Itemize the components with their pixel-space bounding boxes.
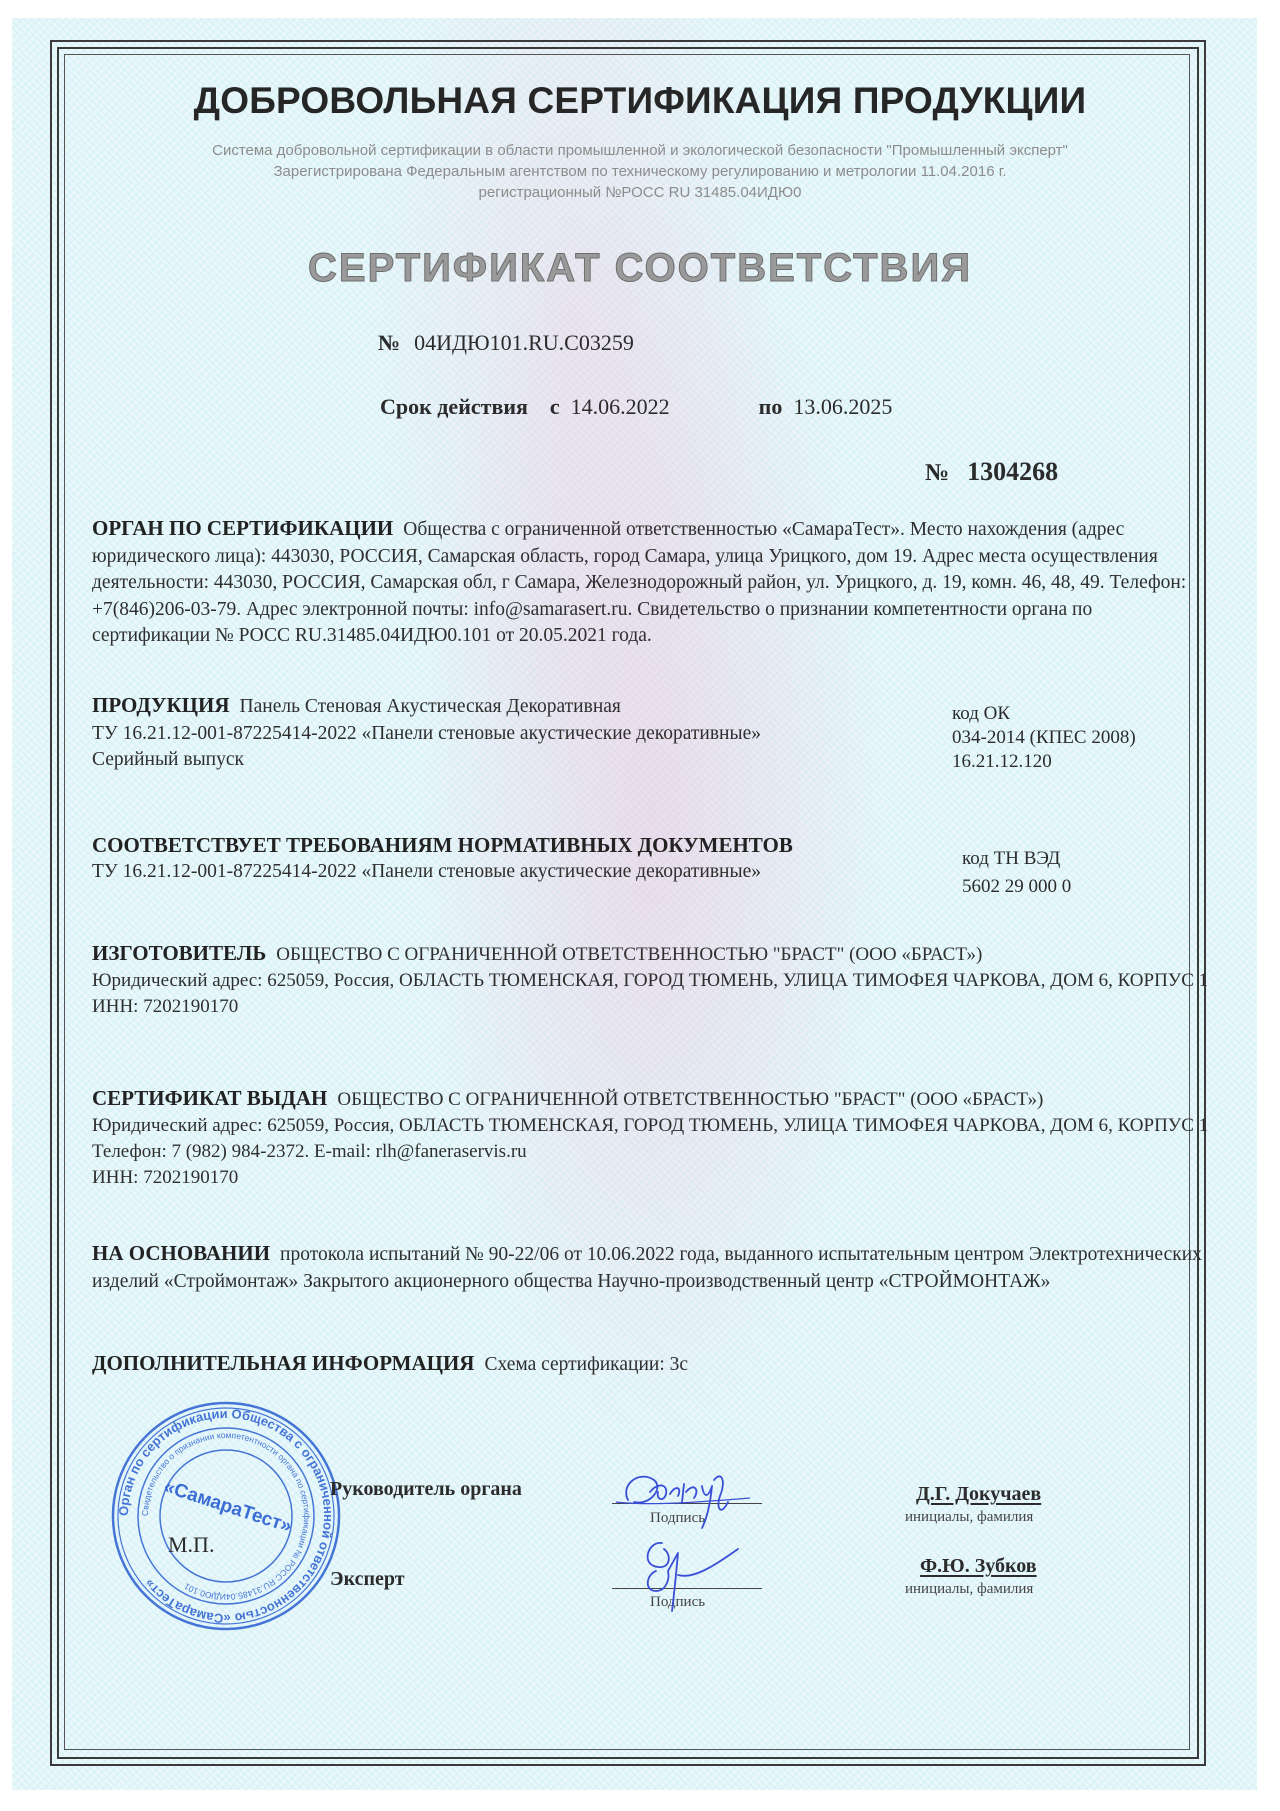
- head-name-caption: инициалы, фамилия: [905, 1509, 1033, 1526]
- blank-number: №1304268: [925, 457, 1058, 487]
- number-label: №: [378, 330, 400, 355]
- blank-number-label: №: [925, 460, 949, 486]
- certification-body-section: ОРГАН ПО СЕРТИФИКАЦИИОбщества с ограниче…: [92, 515, 1202, 650]
- additional-info-text: Схема сертификации: 3с: [484, 1354, 688, 1375]
- valid-from-date: 14.06.2022: [571, 394, 670, 419]
- manufacturer-address: Юридический адрес: 625059, Россия, ОБЛАС…: [92, 968, 1212, 994]
- head-name: Д.Г. Докучаев: [916, 1483, 1041, 1506]
- valid-to-date: 13.06.2025: [793, 394, 892, 419]
- certification-system-title: ДОБРОВОЛЬНАЯ СЕРТИФИКАЦИЯ ПРОДУКЦИИ: [0, 80, 1280, 122]
- valid-from-label: с: [550, 394, 560, 419]
- product-heading: ПРОДУКЦИЯ: [92, 693, 230, 717]
- product-section: ПРОДУКЦИЯПанель Стеновая Акустическая Де…: [92, 692, 952, 774]
- stamp-center-text: «СамараТест»: [161, 1476, 294, 1537]
- product-ok-code: код ОК 034-2014 (КПЕС 2008) 16.21.12.120: [952, 702, 1136, 774]
- expert-name: Ф.Ю. Зубков: [920, 1555, 1037, 1578]
- number-value: 04ИДЮ101.RU.C03259: [414, 330, 634, 355]
- basis-heading: НА ОСНОВАНИИ: [92, 1241, 270, 1265]
- tnved-code-value: 5602 29 000 0: [962, 873, 1071, 901]
- manufacturer-name: ОБЩЕСТВО С ОГРАНИЧЕННОЙ ОТВЕТСТВЕННОСТЬЮ…: [276, 944, 982, 965]
- certification-body-heading: ОРГАН ПО СЕРТИФИКАЦИИ: [92, 516, 393, 540]
- ok-code-value: 16.21.12.120: [952, 750, 1136, 774]
- certificate-title: СЕРТИФИКАТ СООТВЕТСТВИЯ: [0, 246, 1280, 291]
- issued-to-section: СЕРТИФИКАТ ВЫДАНОБЩЕСТВО С ОГРАНИЧЕННОЙ …: [92, 1085, 1212, 1191]
- additional-info-heading: ДОПОЛНИТЕЛЬНАЯ ИНФОРМАЦИЯ: [92, 1351, 474, 1375]
- manufacturer-section: ИЗГОТОВИТЕЛЬОБЩЕСТВО С ОГРАНИЧЕННОЙ ОТВЕ…: [92, 940, 1212, 1020]
- tnved-code: код ТН ВЭД 5602 29 000 0: [962, 845, 1071, 901]
- additional-info-section: ДОПОЛНИТЕЛЬНАЯ ИНФОРМАЦИЯСхема сертифика…: [92, 1350, 1202, 1379]
- blank-number-value: 1304268: [967, 457, 1058, 486]
- issued-to-address: Юридический адрес: 625059, Россия, ОБЛАС…: [92, 1113, 1212, 1139]
- normative-section: СООТВЕТСТВУЕТ ТРЕБОВАНИЯМ НОРМАТИВНЫХ ДО…: [92, 832, 952, 885]
- validity-label: Срок действия: [380, 394, 528, 419]
- system-name-line: Система добровольной сертификации в обла…: [0, 142, 1280, 159]
- certificate-number: №04ИДЮ101.RU.C03259: [378, 330, 634, 356]
- samaratest-stamp-icon: Орган по сертификации Общества с огранич…: [110, 1400, 342, 1632]
- ok-code-label: код ОК: [952, 702, 1136, 726]
- issued-to-heading: СЕРТИФИКАТ ВЫДАН: [92, 1086, 327, 1110]
- product-spec: ТУ 16.21.12-001-87225414-2022 «Панели ст…: [92, 721, 952, 748]
- expert-name-caption: инициалы, фамилия: [905, 1581, 1033, 1598]
- head-of-body-label: Руководитель органа: [330, 1478, 522, 1501]
- issued-to-inn: ИНН: 7202190170: [92, 1165, 1212, 1191]
- issued-to-contacts: Телефон: 7 (982) 984-2372. E-mail: rlh@f…: [92, 1139, 1212, 1165]
- normative-text: ТУ 16.21.12-001-87225414-2022 «Панели ст…: [92, 859, 952, 886]
- normative-heading: СООТВЕТСТВУЕТ ТРЕБОВАНИЯМ НОРМАТИВНЫХ ДО…: [92, 832, 942, 859]
- head-signature-icon: [610, 1462, 760, 1532]
- system-registration-line: Зарегистрирована Федеральным агентством …: [0, 163, 1280, 180]
- expert-label: Эксперт: [330, 1568, 405, 1591]
- manufacturer-heading: ИЗГОТОВИТЕЛЬ: [92, 941, 266, 965]
- tnved-code-label: код ТН ВЭД: [962, 845, 1071, 873]
- stamp-place-label: М.П.: [168, 1532, 214, 1558]
- product-name: Панель Стеновая Акустическая Декоративна…: [240, 696, 621, 717]
- basis-section: НА ОСНОВАНИИпротокола испытаний № 90-22/…: [92, 1240, 1202, 1295]
- issued-to-name: ОБЩЕСТВО С ОГРАНИЧЕННОЙ ОТВЕТСТВЕННОСТЬЮ…: [337, 1089, 1043, 1110]
- valid-to-label: по: [759, 394, 783, 419]
- ok-code-classifier: 034-2014 (КПЕС 2008): [952, 726, 1136, 750]
- product-release: Серийный выпуск: [92, 747, 952, 774]
- system-reg-number-line: регистрационный №РОСС RU 31485.04ИДЮ0: [0, 184, 1280, 201]
- manufacturer-inn: ИНН: 7202190170: [92, 994, 1212, 1020]
- expert-signature-icon: [620, 1535, 760, 1615]
- validity-period: Срок действия с 14.06.2022 по 13.06.2025: [380, 394, 892, 420]
